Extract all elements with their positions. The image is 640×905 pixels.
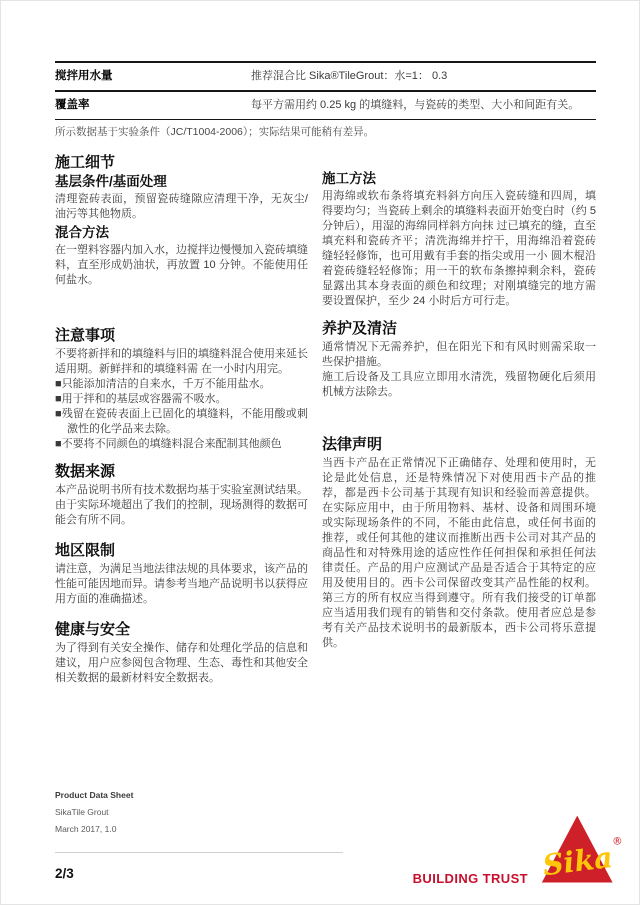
- curing-text-1: 通常情况下无需养护，但在阳光下和有风时则需采取一些保护措施。: [322, 340, 596, 370]
- footer-divider: [55, 852, 343, 853]
- bullet-text: 不要将不同颜色的填缝料混合来配制其他颜色: [62, 438, 282, 450]
- application-method-text: 用海绵或软布条将填充料斜方向压入瓷砖缝和四周，填得要均匀；当瓷砖上剩余的填缝料表…: [322, 189, 596, 309]
- spec-value-mixing-water: 推荐混合比 Sika®TileGrout：水=1： 0.3: [251, 69, 596, 83]
- health-safety-text: 为了得到有关安全操作、储存和处理化学品的信息和建议，用户应参阅包含物理、生态、毒…: [55, 641, 308, 686]
- spec-table: 搅拌用水量 推荐混合比 Sika®TileGrout：水=1： 0.3 覆盖率 …: [55, 61, 596, 120]
- footer-date-version: March 2017, 1.0: [55, 825, 133, 834]
- spec-value-coverage: 每平方需用约 0.25 kg 的填缝料，与瓷砖的类型、大小和间距有关。: [251, 98, 596, 112]
- two-column-layout: 施工细节 基层条件/基面处理 清理瓷砖表面，预留瓷砖缝隙应清理干净，无灰尘/油污…: [55, 154, 596, 689]
- local-restrictions-text: 请注意，为满足当地法律法规的具体要求，该产品的性能可能因地而异。请参考当地产品说…: [55, 562, 308, 607]
- spec-label-mixing-water: 搅拌用水量: [55, 69, 251, 83]
- substrate-text: 清理瓷砖表面，预留瓷砖缝隙应清理干净，无灰尘/油污等其他物质。: [55, 192, 308, 222]
- bullet-text: 残留在瓷砖表面上已固化的填缝料，不能用酸或刺激性的化学品来去除。: [62, 408, 308, 435]
- spec-label-coverage: 覆盖率: [55, 98, 251, 112]
- section-title-local-restrictions: 地区限制: [55, 542, 308, 560]
- list-item: ■不要将不同颜色的填缝料混合来配制其他颜色: [55, 437, 308, 452]
- table-row: 搅拌用水量 推荐混合比 Sika®TileGrout：水=1： 0.3: [55, 63, 596, 92]
- list-item: ■只能添加清洁的自来水，千万不能用盐水。: [55, 377, 308, 392]
- subsection-title-mixing: 混合方法: [55, 225, 308, 241]
- list-item: ■残留在瓷砖表面上已固化的填缝料，不能用酸或刺激性的化学品来去除。: [55, 407, 308, 437]
- subsection-title-substrate: 基层条件/基面处理: [55, 174, 308, 190]
- footer-document-info: Product Data Sheet SikaTile Grout March …: [55, 791, 133, 842]
- subsection-title-application-method: 施工方法: [322, 171, 596, 187]
- left-column: 施工细节 基层条件/基面处理 清理瓷砖表面，预留瓷砖缝隙应清理干净，无灰尘/油污…: [55, 154, 308, 689]
- bullet-square-icon: ■: [55, 438, 62, 450]
- section-title-legal-notes: 法律声明: [322, 436, 596, 454]
- document-body: 搅拌用水量 推荐混合比 Sika®TileGrout：水=1： 0.3 覆盖率 …: [55, 61, 596, 689]
- mixing-text: 在一塑料容器内加入水，边搅拌边慢慢加入瓷砖填缝料，直至形成奶油状，再放置 10 …: [55, 243, 308, 288]
- bullet-square-icon: ■: [55, 378, 62, 390]
- sika-logo-icon: Sika ®: [539, 810, 625, 892]
- curing-text-2: 施工后设备及工具应立即用水清洗，残留物硬化后须用机械方法除去。: [322, 370, 596, 400]
- table-row: 覆盖率 每平方需用约 0.25 kg 的填缝料，与瓷砖的类型、大小和间距有关。: [55, 92, 596, 119]
- right-column: 施工方法 用海绵或软布条将填充料斜方向压入瓷砖缝和四周，填得要均匀；当瓷砖上剩余…: [322, 154, 596, 689]
- section-title-application-details: 施工细节: [55, 154, 308, 172]
- footer-doc-type: Product Data Sheet: [55, 791, 133, 800]
- footer-product-name: SikaTile Grout: [55, 808, 133, 817]
- bullet-text: 用于拌和的基层或容器需不吸水。: [62, 393, 227, 405]
- legal-notes-text: 当西卡产品在正常情况下正确储存、处理和使用时，无论是此处信息，还是特殊情况下对使…: [322, 456, 596, 651]
- registered-trademark-icon: ®: [612, 835, 623, 847]
- section-title-notes: 注意事项: [55, 327, 308, 345]
- list-item: ■用于拌和的基层或容器需不吸水。: [55, 392, 308, 407]
- bullet-text: 只能添加清洁的自来水，千万不能用盐水。: [62, 378, 271, 390]
- table-footnote: 所示数据基于实验条件（JC/T1004-2006）；实际结果可能稍有差异。: [55, 126, 596, 139]
- page-number: 2/3: [55, 866, 74, 881]
- bullet-square-icon: ■: [55, 408, 62, 420]
- section-title-data-basis: 数据来源: [55, 463, 308, 481]
- data-basis-text: 本产品说明书所有技术数据均基于实验室测试结果。由于实际环境超出了我们的控制，现场…: [55, 483, 308, 528]
- bullet-square-icon: ■: [55, 393, 62, 405]
- section-title-health-safety: 健康与安全: [55, 621, 308, 639]
- section-title-curing-cleaning: 养护及清洁: [322, 320, 596, 338]
- building-trust-tagline: BUILDING TRUST: [413, 871, 528, 886]
- notes-intro-text: 不要将新拌和的填缝料与旧的填缝料混合使用来延长适用期。新鲜拌和的填缝料需 在一小…: [55, 347, 308, 377]
- notes-bullet-list: ■只能添加清洁的自来水，千万不能用盐水。 ■用于拌和的基层或容器需不吸水。 ■残…: [55, 377, 308, 452]
